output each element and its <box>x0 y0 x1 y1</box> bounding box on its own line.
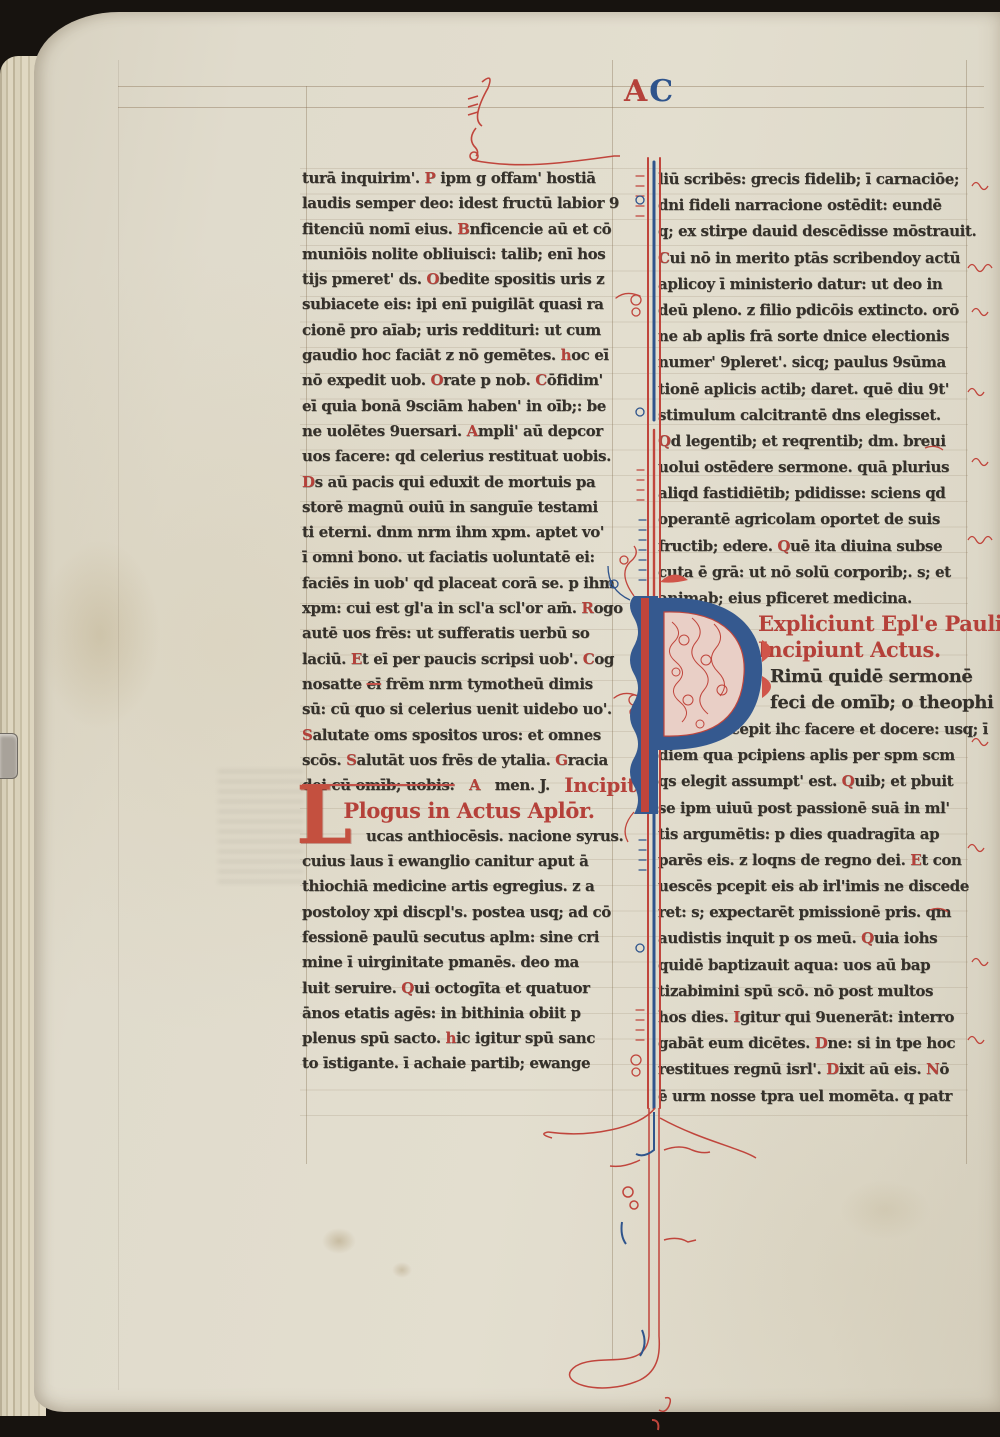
bottom-flourish <box>544 1108 756 1430</box>
manuscript-photo: AC turā inquirim'. P ipm g offam' hostiā… <box>0 0 1000 1437</box>
penwork-ornament-layer <box>0 0 1000 1437</box>
top-flourish <box>468 78 620 165</box>
margin-squiggles <box>925 183 992 1044</box>
